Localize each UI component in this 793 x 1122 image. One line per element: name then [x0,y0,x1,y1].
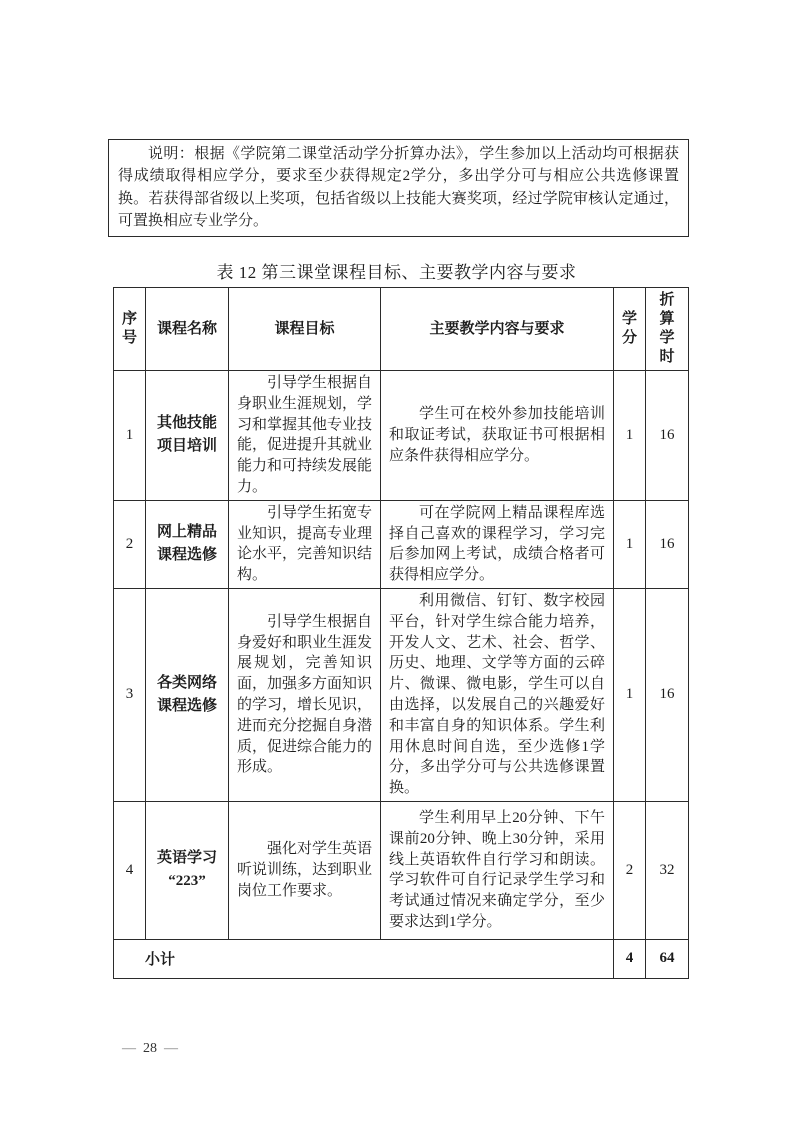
table-header-row: 序号 课程名称 课程目标 主要教学内容与要求 学分 折算学时 [114,288,689,371]
col-header-hours-label: 折算学时 [659,291,675,367]
note-box: 说明：根据《学院第二课堂活动学分折算办法》，学生参加以上活动均可根据获得成绩取得… [108,139,689,237]
row-4-objective: 强化对学生英语听说训练，达到职业岗位工作要求。 [229,801,381,939]
row-3-objective-text: 引导学生根据自身爱好和职业生涯发展规划，完善知识面，加强多方面知识的学习，增长见… [237,612,372,778]
row-1-content-text: 学生可在校外参加技能培训和取证考试，获取证书可根据相应条件获得相应学分。 [389,404,605,466]
col-header-seq: 序号 [114,288,146,371]
row-2-objective: 引导学生拓宽专业知识，提高专业理论水平，完善知识结构。 [229,500,381,588]
row-1-seq: 1 [114,371,146,501]
row-1-content: 学生可在校外参加技能培训和取证考试，获取证书可根据相应条件获得相应学分。 [381,371,614,501]
row-1-credits: 1 [614,371,646,501]
row-2-seq: 2 [114,500,146,588]
row-1-hours: 16 [646,371,689,501]
note-text: 说明：根据《学院第二课堂活动学分折算办法》，学生参加以上活动均可根据获得成绩取得… [118,143,679,232]
row-4-content: 学生利用早上20分钟、下午课前20分钟、晚上30分钟，采用线上英语软件自行学习和… [381,801,614,939]
subtotal-label: 小计 [114,939,614,978]
row-4-content-text: 学生利用早上20分钟、下午课前20分钟、晚上30分钟，采用线上英语软件自行学习和… [389,808,605,933]
row-3-content-text: 利用微信、钉钉、数字校园平台，针对学生综合能力培养，开发人文、艺术、社会、哲学、… [389,591,605,799]
col-header-objective: 课程目标 [229,288,381,371]
col-header-credits-label: 学分 [622,310,638,348]
col-header-seq-label: 序号 [122,310,138,348]
row-3-seq: 3 [114,588,146,801]
row-2-content: 可在学院网上精品课程库选择自己喜欢的课程学习，学习完后参加网上考试，成绩合格者可… [381,500,614,588]
row-1-course-name: 其他技能 项目培训 [146,371,229,501]
subtotal-hours: 64 [646,939,689,978]
page-number-dash-right: — [164,1041,178,1057]
row-4-objective-text: 强化对学生英语听说训练，达到职业岗位工作要求。 [237,839,372,901]
row-3-course-name: 各类网络 课程选修 [146,588,229,801]
col-header-credits: 学分 [614,288,646,371]
row-2-objective-text: 引导学生拓宽专业知识，提高专业理论水平，完善知识结构。 [237,503,372,586]
table-row-3: 3 各类网络 课程选修 引导学生根据自身爱好和职业生涯发展规划，完善知识面，加强… [114,588,689,801]
page-number-dash-left: — [122,1041,136,1057]
row-4-course-name: 英语学习 “223” [146,801,229,939]
table-title: 表 12 第三课堂课程目标、主要教学内容与要求 [0,258,793,283]
row-2-hours: 16 [646,500,689,588]
subtotal-row: 小计 4 64 [114,939,689,978]
row-4-hours: 32 [646,801,689,939]
row-4-credits: 2 [614,801,646,939]
row-3-hours: 16 [646,588,689,801]
table-row-4: 4 英语学习 “223” 强化对学生英语听说训练，达到职业岗位工作要求。 学生利… [114,801,689,939]
course-table: 序号 课程名称 课程目标 主要教学内容与要求 学分 折算学时 1 其他技能 项目… [113,287,689,979]
col-header-hours: 折算学时 [646,288,689,371]
row-3-credits: 1 [614,588,646,801]
subtotal-credits: 4 [614,939,646,978]
col-header-course-name: 课程名称 [146,288,229,371]
row-2-course-name: 网上精品 课程选修 [146,500,229,588]
page-number-value: 28 [143,1041,157,1057]
row-2-credits: 1 [614,500,646,588]
row-2-content-text: 可在学院网上精品课程库选择自己喜欢的课程学习，学习完后参加网上考试，成绩合格者可… [389,503,605,586]
row-3-objective: 引导学生根据自身爱好和职业生涯发展规划，完善知识面，加强多方面知识的学习，增长见… [229,588,381,801]
row-4-seq: 4 [114,801,146,939]
row-1-objective: 引导学生根据自身职业生涯规划，学习和掌握其他专业技能，促进提升其就业能力和可持续… [229,371,381,501]
row-1-objective-text: 引导学生根据自身职业生涯规划，学习和掌握其他专业技能，促进提升其就业能力和可持续… [237,373,372,498]
table-row-2: 2 网上精品 课程选修 引导学生拓宽专业知识，提高专业理论水平，完善知识结构。 … [114,500,689,588]
table-row-1: 1 其他技能 项目培训 引导学生根据自身职业生涯规划，学习和掌握其他专业技能，促… [114,371,689,501]
page-number: — 28 — [122,1041,178,1057]
row-3-content: 利用微信、钉钉、数字校园平台，针对学生综合能力培养，开发人文、艺术、社会、哲学、… [381,588,614,801]
col-header-content: 主要教学内容与要求 [381,288,614,371]
